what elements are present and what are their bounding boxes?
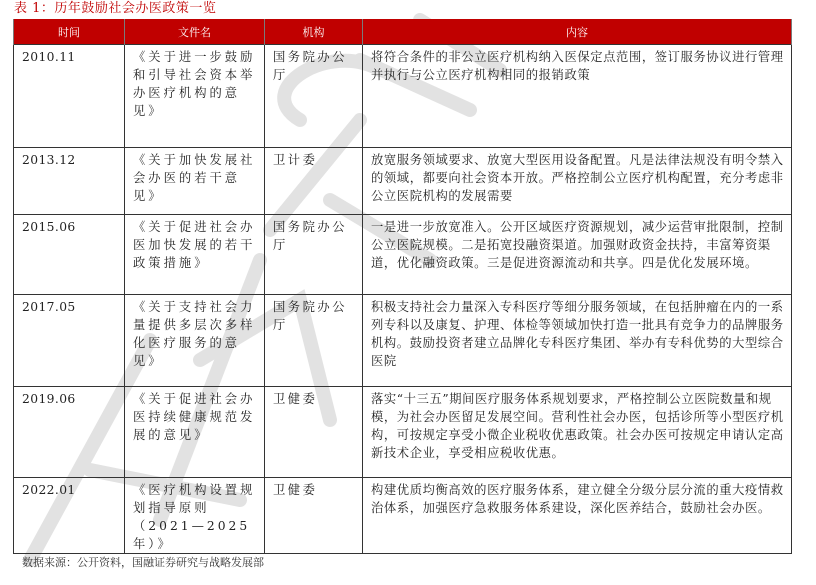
policy-table: 时间 文件名 机构 内容 2010.11 《关于进一步鼓励和引导社会资本举办医疗… <box>13 19 792 554</box>
table-row: 2015.06 《关于促进社会办医加快发展的若干政策措施》 国务院办公厅 一是进… <box>14 215 792 295</box>
cell-document: 《关于支持社会力量提供多层次多样化医疗服务的意见》 <box>125 295 265 387</box>
cell-agency: 卫健委 <box>265 387 363 478</box>
cell-document: 《关于促进社会办医持续健康规范发展的意见》 <box>125 387 265 478</box>
cell-content: 放宽服务领域要求、放宽大型医用设备配置。凡是法律法规没有明令禁入的领域，都要向社… <box>363 148 792 215</box>
cell-document: 《医疗机构设置规划指导原则（2021—2025年）》 <box>125 478 265 554</box>
header-date: 时间 <box>14 19 125 45</box>
table-row: 2013.12 《关于加快发展社会办医的若干意见》 卫计委 放宽服务领域要求、放… <box>14 148 792 215</box>
cell-date: 2019.06 <box>14 387 125 478</box>
cell-agency: 国务院办公厅 <box>265 45 363 148</box>
table-row: 2022.01 《医疗机构设置规划指导原则（2021—2025年）》 卫健委 构… <box>14 478 792 554</box>
table-row: 2010.11 《关于进一步鼓励和引导社会资本举办医疗机构的意见》 国务院办公厅… <box>14 45 792 148</box>
cell-agency: 卫健委 <box>265 478 363 554</box>
table-row: 2017.05 《关于支持社会力量提供多层次多样化医疗服务的意见》 国务院办公厅… <box>14 295 792 387</box>
cell-document: 《关于加快发展社会办医的若干意见》 <box>125 148 265 215</box>
cell-agency: 国务院办公厅 <box>265 295 363 387</box>
table-row: 2019.06 《关于促进社会办医持续健康规范发展的意见》 卫健委 落实“十三五… <box>14 387 792 478</box>
table-header-row: 时间 文件名 机构 内容 <box>14 19 792 45</box>
header-agency: 机构 <box>265 19 363 45</box>
header-document: 文件名 <box>125 19 265 45</box>
cell-document: 《关于进一步鼓励和引导社会资本举办医疗机构的意见》 <box>125 45 265 148</box>
cell-agency: 国务院办公厅 <box>265 215 363 295</box>
cell-content: 一是进一步放宽准入。公开区域医疗资源规划，减少运营审批限制，控制公立医院规模。二… <box>363 215 792 295</box>
cell-content: 落实“十三五”期间医疗服务体系规划要求，严格控制公立医院数量和规模，为社会办医留… <box>363 387 792 478</box>
cell-date: 2022.01 <box>14 478 125 554</box>
cell-content: 积极支持社会力量深入专科医疗等细分服务领域，在包括肿瘤在内的一系列专科以及康复、… <box>363 295 792 387</box>
cell-content: 构建优质均衡高效的医疗服务体系，建立健全分级分层分流的重大疫情救治体系，加强医疗… <box>363 478 792 554</box>
table-caption: 表 1：历年鼓励社会办医政策一览 <box>14 0 216 17</box>
cell-date: 2013.12 <box>14 148 125 215</box>
cell-agency: 卫计委 <box>265 148 363 215</box>
header-content: 内容 <box>363 19 792 45</box>
cell-date: 2015.06 <box>14 215 125 295</box>
cell-content: 将符合条件的非公立医疗机构纳入医保定点范围，签订服务协议进行管理并执行与公立医疗… <box>363 45 792 148</box>
data-source-note: 数据来源：公开资料，国融证券研究与战略发展部 <box>22 556 264 570</box>
cell-date: 2017.05 <box>14 295 125 387</box>
cell-date: 2010.11 <box>14 45 125 148</box>
cell-document: 《关于促进社会办医加快发展的若干政策措施》 <box>125 215 265 295</box>
